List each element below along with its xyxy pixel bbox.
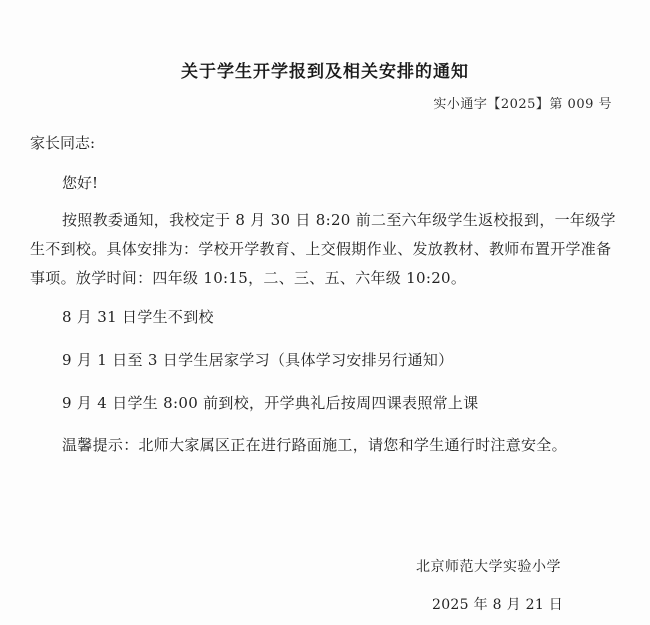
- safety-reminder: 温馨提示：北师大家属区正在进行路面施工，请您和学生通行时注意安全。: [62, 434, 567, 455]
- salutation: 家长同志:: [30, 132, 95, 153]
- schedule-item-sep4: 9 月 4 日学生 8:00 前到校，开学典礼后按周四课表照常上课: [62, 392, 479, 413]
- document-number: 实小通字【2025】第 009 号: [433, 93, 612, 112]
- greeting: 您好!: [62, 172, 98, 193]
- school-signature: 北京师范大学实验小学: [416, 556, 561, 576]
- schedule-item-sep1-3: 9 月 1 日至 3 日学生居家学习（具体学习安排另行通知）: [62, 349, 453, 370]
- schedule-item-aug31: 8 月 31 日学生不到校: [62, 306, 214, 327]
- notice-document: 关于学生开学报到及相关安排的通知 实小通字【2025】第 009 号 家长同志:…: [0, 0, 650, 625]
- issue-date: 2025 年 8 月 21 日: [432, 594, 563, 614]
- main-paragraph: 按照教委通知，我校定于 8 月 30 日 8:20 前二至六年级学生返校报到，一…: [30, 206, 622, 293]
- document-title: 关于学生开学报到及相关安排的通知: [0, 57, 650, 82]
